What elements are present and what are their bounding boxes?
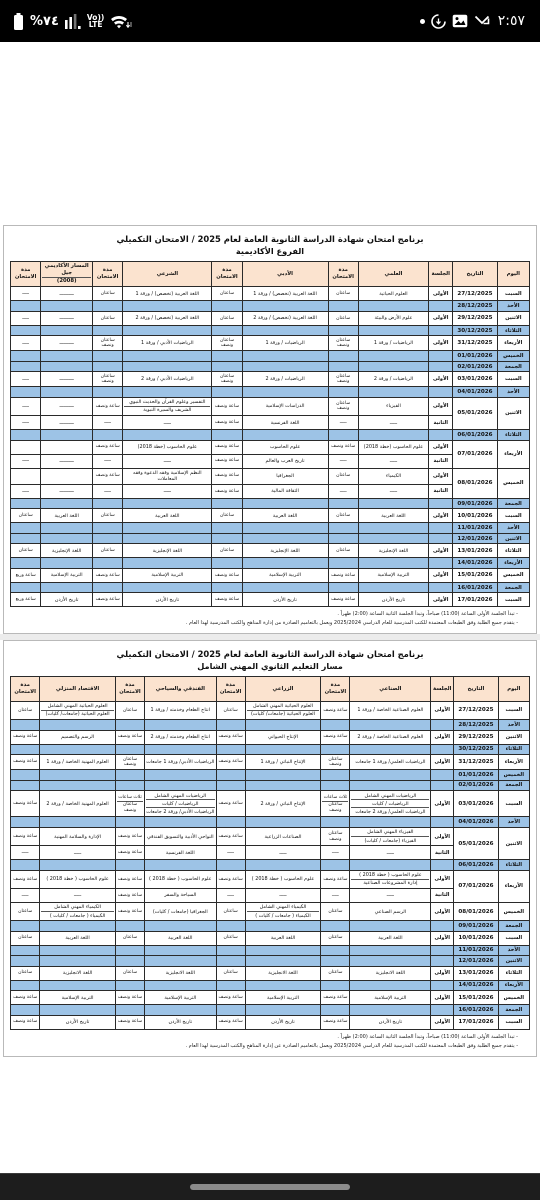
empty-cell	[93, 387, 123, 398]
subject-cell: ـــــ	[123, 484, 212, 498]
empty-cell	[358, 361, 429, 372]
subject-cell	[41, 440, 93, 454]
subject-cell: اللغة الفرنسية	[242, 416, 328, 430]
off-day-row: الجمعة02/01/2026	[11, 361, 530, 372]
empty-cell	[11, 558, 41, 569]
empty-cell	[321, 770, 350, 781]
empty-cell	[328, 301, 358, 312]
date-cell: 13/01/2026	[454, 966, 499, 980]
subject-cell: الثقافة المالية	[242, 484, 328, 498]
empty-cell	[245, 980, 321, 991]
empty-cell	[11, 387, 41, 398]
subject-cell: الرياضيات / ورقة 2	[242, 372, 328, 387]
column-header: المسار الأكاديمي جيل(2008)	[41, 261, 93, 287]
subject-cell: ــــــــــ	[41, 336, 93, 351]
empty-cell	[11, 582, 41, 593]
footnote-line: - تبدأ الجلسة الأولى الساعة (11:00) صباح…	[14, 610, 518, 619]
empty-cell	[212, 301, 242, 312]
duration-cell: ـــــ	[93, 416, 123, 430]
empty-cell	[145, 860, 217, 871]
session-cell: الأولى	[431, 701, 454, 719]
duration-cell: ـــــ	[11, 372, 41, 387]
session-cell: الأولى	[431, 730, 454, 744]
subject-cell: اللغة العربية	[358, 509, 429, 523]
day-cell: السبت	[497, 593, 529, 607]
subject-cell: اللغة العربية	[40, 931, 116, 945]
date-cell: 01/01/2026	[454, 770, 499, 781]
off-day-row: الأحد28/12/2025	[11, 301, 530, 312]
empty-cell	[40, 956, 116, 967]
empty-cell	[321, 744, 350, 755]
duration-cell: ساعتان	[11, 902, 40, 920]
day-cell: الجمعة	[498, 1005, 529, 1016]
empty-cell	[328, 351, 358, 362]
column-header: مدة الامتحان	[11, 261, 41, 287]
empty-cell	[242, 582, 328, 593]
subject-cell	[41, 468, 93, 484]
empty-cell	[358, 498, 429, 509]
empty-cell	[11, 980, 40, 991]
duration-cell: ساعة ونصف	[93, 397, 123, 415]
empty-cell	[350, 956, 431, 967]
column-header: الفندقي والسياحي	[145, 676, 217, 701]
subject-cell: العلوم الصناعية الخاصة / ورقة 1	[350, 701, 431, 719]
exam-row: الخميس15/01/2026الأولىالتربية الإسلاميةس…	[11, 568, 530, 582]
empty-cell	[242, 558, 328, 569]
exam-row: الأربعاء07/01/2026الأولىعلوم الحاسوب (خط…	[11, 440, 530, 454]
off-day-row: الخميس01/01/2026	[11, 351, 530, 362]
off-day-row: الجمعة16/01/2026	[11, 1005, 530, 1016]
duration-cell: ساعتان ونصف	[115, 755, 144, 770]
duration-cell: ساعة ونصف	[212, 593, 242, 607]
empty-cell	[11, 361, 41, 372]
empty-cell	[123, 430, 212, 441]
empty-cell	[431, 744, 454, 755]
day-cell: السبت	[498, 931, 529, 945]
subject-cell: ــــــــــ	[41, 416, 93, 430]
subject-cell: اللغة الانجليزية	[245, 966, 321, 980]
day-cell: السبت	[498, 1015, 529, 1029]
empty-cell	[40, 945, 116, 956]
column-header: الجلسة	[429, 261, 453, 287]
off-day-row: الأحد04/01/2026	[11, 817, 530, 828]
empty-cell	[431, 817, 454, 828]
date-cell: 08/01/2026	[454, 902, 499, 920]
date-cell: 06/01/2026	[454, 860, 499, 871]
empty-cell	[358, 430, 429, 441]
date-cell: 03/01/2026	[453, 372, 498, 387]
subject-cell: علوم الأرض والبيئة	[358, 311, 429, 325]
duration-cell: ساعة ونصف	[115, 846, 144, 860]
date-cell: 27/12/2025	[454, 701, 499, 719]
empty-cell	[242, 430, 328, 441]
column-header: مدة الامتحان	[212, 261, 242, 287]
subject-cell: ــــــــــ	[41, 287, 93, 301]
session-cell: الأولى	[429, 593, 453, 607]
subject-cell: اللغة العربية (تخصص) / ورقة 2	[123, 311, 212, 325]
subject-cell: اللغة الإنجليزية	[41, 544, 93, 558]
duration-cell: ساعتان	[216, 931, 245, 945]
day-cell: الأربعاء	[498, 980, 529, 991]
empty-cell	[11, 1005, 40, 1016]
empty-cell	[216, 980, 245, 991]
session-cell: الأولى	[429, 544, 453, 558]
empty-cell	[431, 921, 454, 932]
empty-cell	[431, 780, 454, 791]
duration-cell: ساعتان	[115, 701, 144, 719]
exam-row: الخميس15/01/2026الأولىالتربية الإسلاميةس…	[11, 991, 530, 1005]
empty-cell	[115, 817, 144, 828]
duration-cell: ساعة ونصف	[11, 827, 40, 845]
duration-cell: ساعتان	[216, 966, 245, 980]
empty-cell	[41, 325, 93, 336]
date-cell: 27/12/2025	[453, 287, 498, 301]
exam-row: الاثنين29/12/2025الأولىالعلوم الصناعية ا…	[11, 730, 530, 744]
subject-cell: ـــــ	[123, 454, 212, 468]
session-cell: الأولى	[431, 966, 454, 980]
subject-cell: اللغة العربية	[245, 931, 321, 945]
exam-row: السبت10/01/2026الأولىاللغة العربيةساعتان…	[11, 931, 530, 945]
subject-cell: ـــــ	[40, 846, 116, 860]
footnotes: - تبدأ الجلسة الأولى الساعة (11:00) صباح…	[8, 1030, 532, 1051]
empty-cell	[245, 780, 321, 791]
empty-cell	[145, 921, 217, 932]
day-cell: الجمعة	[498, 921, 529, 932]
empty-cell	[115, 956, 144, 967]
column-header: مدة الامتحان	[93, 261, 123, 287]
empty-cell	[350, 980, 431, 991]
subject-cell: ـــــ	[245, 846, 321, 860]
empty-cell	[145, 770, 217, 781]
duration-cell: ـــــ	[216, 888, 245, 902]
empty-cell	[216, 860, 245, 871]
empty-cell	[350, 817, 431, 828]
page-top-whitespace	[0, 42, 540, 225]
empty-cell	[328, 361, 358, 372]
column-header: الصناعي	[350, 676, 431, 701]
empty-cell	[431, 956, 454, 967]
empty-cell	[11, 956, 40, 967]
empty-cell	[216, 956, 245, 967]
subject-cell: الكيمياء	[358, 468, 429, 484]
duration-cell: ـــــ	[11, 311, 41, 325]
subject-cell: ــــــــــ	[41, 484, 93, 498]
empty-cell	[431, 770, 454, 781]
empty-cell	[11, 430, 41, 441]
empty-cell	[321, 945, 350, 956]
exam-row: الأربعاء07/01/2026الأولىعلوم الحاسوب ( خ…	[11, 870, 530, 888]
clock-label: ٢:٥٧	[498, 13, 525, 29]
duration-cell: ثلاث ساعاتساعتان ونصف	[115, 791, 144, 817]
empty-cell	[328, 558, 358, 569]
off-day-row: الجمعة16/01/2026	[11, 582, 530, 593]
empty-cell	[40, 744, 116, 755]
subject-cell: الصناعات الزراعية	[245, 827, 321, 845]
exam-row: السبت03/01/2026الأولىالرياضيات المهني ال…	[11, 791, 530, 817]
session-cell: الثانية	[431, 888, 454, 902]
duration-cell: ساعة ونصف	[216, 1015, 245, 1029]
duration-cell: ساعتان ونصف	[328, 336, 358, 351]
empty-cell	[431, 945, 454, 956]
day-cell: الاثنين	[498, 827, 529, 859]
empty-cell	[11, 817, 40, 828]
subject-cell: ـــــ	[123, 416, 212, 430]
empty-cell	[216, 817, 245, 828]
exam-row: السبت17/01/2026الأولىتاريخ الأردنساعة ون…	[11, 1015, 530, 1029]
date-cell: 10/01/2026	[453, 509, 498, 523]
day-cell: الجمعة	[497, 361, 529, 372]
empty-cell	[123, 351, 212, 362]
exam-row: السبت27/12/2025الأولىالعلوم الصناعية الخ…	[11, 701, 530, 719]
day-cell: السبت	[498, 791, 529, 817]
day-cell: الثلاثاء	[498, 966, 529, 980]
subject-cell: الرياضيات المهني الشاملالرياضيات / كليات…	[350, 791, 431, 817]
duration-cell: ساعة ونصف	[115, 827, 144, 845]
empty-cell	[93, 430, 123, 441]
session-cell: الثانية	[431, 846, 454, 860]
off-day-row: الجمعة02/01/2026	[11, 780, 530, 791]
exam-row: السبت27/12/2025الأولىالعلوم الحياتيةساعت…	[11, 287, 530, 301]
session-cell: الأولى	[431, 991, 454, 1005]
duration-cell: ساعة ونصف	[212, 484, 242, 498]
empty-cell	[123, 387, 212, 398]
duration-cell: ثلاث ساعاتساعتان ونصف	[321, 791, 350, 817]
empty-cell	[321, 817, 350, 828]
empty-cell	[328, 498, 358, 509]
empty-cell	[11, 301, 41, 312]
duration-cell: ساعتان	[11, 701, 40, 719]
empty-cell	[115, 720, 144, 731]
duration-cell: ساعة ونصف	[321, 701, 350, 719]
off-day-row: الأربعاء14/01/2026	[11, 980, 530, 991]
subject-cell: التربية الإسلامية	[350, 991, 431, 1005]
empty-cell	[41, 351, 93, 362]
column-header: الزراعي	[245, 676, 321, 701]
duration-cell: ساعة ونصف	[328, 440, 358, 454]
duration-cell: ساعتان	[212, 311, 242, 325]
empty-cell	[11, 921, 40, 932]
empty-cell	[40, 720, 116, 731]
subject-cell: اللغة العربية	[41, 509, 93, 523]
date-cell: 12/01/2026	[454, 956, 499, 967]
subject-cell: الإنتاج النباتي / ورقة 1	[245, 755, 321, 770]
empty-cell	[429, 558, 453, 569]
day-cell: الخميس	[497, 351, 529, 362]
column-header: مدة الامتحان	[328, 261, 358, 287]
subject-cell: علوم الحاسوب	[242, 440, 328, 454]
exam-row: الخميس08/01/2026الأولىالرسم الصناعيساعتا…	[11, 902, 530, 920]
duration-cell: ساعتان	[328, 468, 358, 484]
subject-cell: اللغة الانجليزية	[145, 966, 217, 980]
subject-cell: الإدارة والسلامة المهنية	[40, 827, 116, 845]
day-cell: السبت	[498, 701, 529, 719]
day-cell: الثلاثاء	[498, 860, 529, 871]
date-cell: 11/01/2026	[454, 945, 499, 956]
subject-cell: ـــــ	[358, 484, 429, 498]
exam-row: الاثنين29/12/2025الأولىعلوم الأرض والبيئ…	[11, 311, 530, 325]
empty-cell	[358, 387, 429, 398]
empty-cell	[212, 582, 242, 593]
empty-cell	[212, 558, 242, 569]
off-day-row: الثلاثاء30/12/2025	[11, 325, 530, 336]
empty-cell	[115, 744, 144, 755]
subject-cell: اللغة العربية (تخصص) / ورقة 1	[123, 287, 212, 301]
day-cell: الخميس	[498, 991, 529, 1005]
day-cell: الثلاثاء	[497, 325, 529, 336]
duration-cell: ساعة ونصف	[11, 755, 40, 770]
subject-cell: تاريخ الأردن	[41, 593, 93, 607]
data-saver-icon	[431, 14, 446, 29]
empty-cell	[321, 921, 350, 932]
duration-cell: ساعتان	[93, 311, 123, 325]
session-cell: الأولى	[431, 1015, 454, 1029]
duration-cell: ـــــ	[93, 484, 123, 498]
date-cell: 07/01/2026	[453, 440, 498, 468]
subject-cell: علوم الحاسوب (خطة 2018)	[358, 440, 429, 454]
empty-cell	[350, 860, 431, 871]
empty-cell	[212, 533, 242, 544]
subject-cell: ــــــــــ	[41, 372, 93, 387]
duration-cell: ـــــ	[11, 336, 41, 351]
empty-cell	[123, 361, 212, 372]
empty-cell	[429, 325, 453, 336]
subject-cell: العلوم المهنية الخاصة / ورقة 1	[40, 755, 116, 770]
empty-cell	[245, 945, 321, 956]
exam-row: الثانيةــــــــــالثقافة الماليةساعة ونص…	[11, 484, 530, 498]
duration-cell: ساعة ونصف	[115, 991, 144, 1005]
exam-row: الثانيةــــــــــاللغة الفرنسيةساعة ونصف…	[11, 416, 530, 430]
duration-cell: ساعة ونصف	[321, 730, 350, 744]
empty-cell	[212, 387, 242, 398]
duration-cell: ساعة ونصف	[216, 870, 245, 888]
date-cell: 30/12/2025	[454, 744, 499, 755]
duration-cell: ساعتان	[212, 544, 242, 558]
session-cell: الأولى	[431, 755, 454, 770]
empty-cell	[145, 780, 217, 791]
date-cell: 31/12/2025	[453, 336, 498, 351]
column-header: اليوم	[497, 261, 529, 287]
date-cell: 31/12/2025	[454, 755, 499, 770]
status-bar-left-cluster: %٧٤ Vo))LTE	[13, 13, 132, 30]
duration-cell: ساعة ونصف	[328, 593, 358, 607]
empty-cell	[328, 523, 358, 534]
session-cell: الأولى	[429, 468, 453, 484]
duration-cell: ساعة ونصف	[212, 568, 242, 582]
empty-cell	[429, 498, 453, 509]
empty-cell	[358, 582, 429, 593]
volte-indicator: Vo))LTE	[87, 14, 104, 29]
session-cell: الأولى	[431, 827, 454, 845]
column-header: العلمي	[358, 261, 429, 287]
column-header: الجلسة	[431, 676, 454, 701]
off-day-row: الجمعة09/01/2026	[11, 498, 530, 509]
subject-cell: الجغرافيا	[242, 468, 328, 484]
empty-cell	[212, 498, 242, 509]
duration-cell: ـــــ	[11, 888, 40, 902]
duration-cell: ساعتان	[321, 931, 350, 945]
empty-cell	[11, 325, 41, 336]
date-cell: 29/12/2025	[453, 311, 498, 325]
subject-cell: التربية الإسلامية	[40, 991, 116, 1005]
subject-cell: ـــــ	[350, 846, 431, 860]
subject-cell: ــــــــــ	[41, 311, 93, 325]
off-day-row: الثلاثاء06/01/2026	[11, 860, 530, 871]
notification-dot-icon	[420, 19, 425, 24]
date-cell: 03/01/2026	[454, 791, 499, 817]
subject-cell: التربية الإسلامية	[145, 991, 217, 1005]
empty-cell	[41, 361, 93, 372]
day-cell: الأربعاء	[497, 336, 529, 351]
empty-cell	[40, 770, 116, 781]
subject-cell: الرياضيات العلمي/ ورقة 1 جامعات	[350, 755, 431, 770]
empty-cell	[212, 325, 242, 336]
empty-cell	[328, 582, 358, 593]
date-cell: 05/01/2026	[453, 397, 498, 429]
date-cell: 02/01/2026	[453, 361, 498, 372]
gesture-pill[interactable]	[190, 1184, 350, 1190]
duration-cell: ساعة ونصف	[216, 991, 245, 1005]
day-cell: الاثنين	[497, 533, 529, 544]
session-cell: الأولى	[431, 791, 454, 817]
subject-cell: الفيزياء	[358, 397, 429, 415]
date-cell: 12/01/2026	[453, 533, 498, 544]
empty-cell	[350, 720, 431, 731]
exam-schedule-page-vocational: برنامج امتحان شهادة الدراسة الثانوية الع…	[3, 640, 537, 1056]
empty-cell	[350, 921, 431, 932]
subject-cell: علوم الحاسوب ( خطة 2018 )	[145, 870, 217, 888]
subject-cell: اللغة الإنجليزية	[123, 544, 212, 558]
day-cell: الثلاثاء	[497, 430, 529, 441]
date-cell: 28/12/2025	[453, 301, 498, 312]
empty-cell	[429, 523, 453, 534]
exam-row: الثلاثاء13/01/2026الأولىاللغة الانجليزية…	[11, 966, 530, 980]
day-cell: السبت	[497, 509, 529, 523]
date-cell: 02/01/2026	[454, 780, 499, 791]
empty-cell	[11, 744, 40, 755]
empty-cell	[11, 860, 40, 871]
date-cell: 09/01/2026	[454, 921, 499, 932]
empty-cell	[350, 780, 431, 791]
date-cell: 17/01/2026	[454, 1015, 499, 1029]
exam-row: الاثنين05/01/2026الأولىالفيزياء المهني ا…	[11, 827, 530, 845]
duration-cell: ساعة ونصف	[321, 991, 350, 1005]
empty-cell	[328, 325, 358, 336]
empty-cell	[358, 533, 429, 544]
session-cell: الثانية	[429, 484, 453, 498]
duration-cell: ساعة ونصف	[115, 902, 144, 920]
date-cell: 15/01/2026	[454, 991, 499, 1005]
day-cell: الأربعاء	[498, 755, 529, 770]
subject-cell: اللغة العربية	[123, 509, 212, 523]
duration-cell: ساعة ونصف	[11, 870, 40, 888]
empty-cell	[216, 945, 245, 956]
subject-cell: اللغة الانجليزية	[40, 966, 116, 980]
empty-cell	[245, 921, 321, 932]
empty-cell	[212, 351, 242, 362]
duration-cell	[11, 468, 41, 484]
duration-cell: ـــــ	[11, 397, 41, 415]
off-day-row: الأحد28/12/2025	[11, 720, 530, 731]
subject-cell: علوم الحاسوب ( خطة 2018 )إدارة المشروعات…	[350, 870, 431, 888]
subject-cell: الكيمياء المهني الشاملالكيمياء ( جامعات …	[245, 902, 321, 920]
empty-cell	[328, 387, 358, 398]
duration-cell: ساعة ونصف	[93, 568, 123, 582]
empty-cell	[216, 780, 245, 791]
duration-cell: ساعتان ونصف	[93, 372, 123, 387]
date-cell: 09/01/2026	[453, 498, 498, 509]
subject-cell: اللغة العربية (تخصص) / ورقة 2	[242, 311, 328, 325]
empty-cell	[321, 860, 350, 871]
